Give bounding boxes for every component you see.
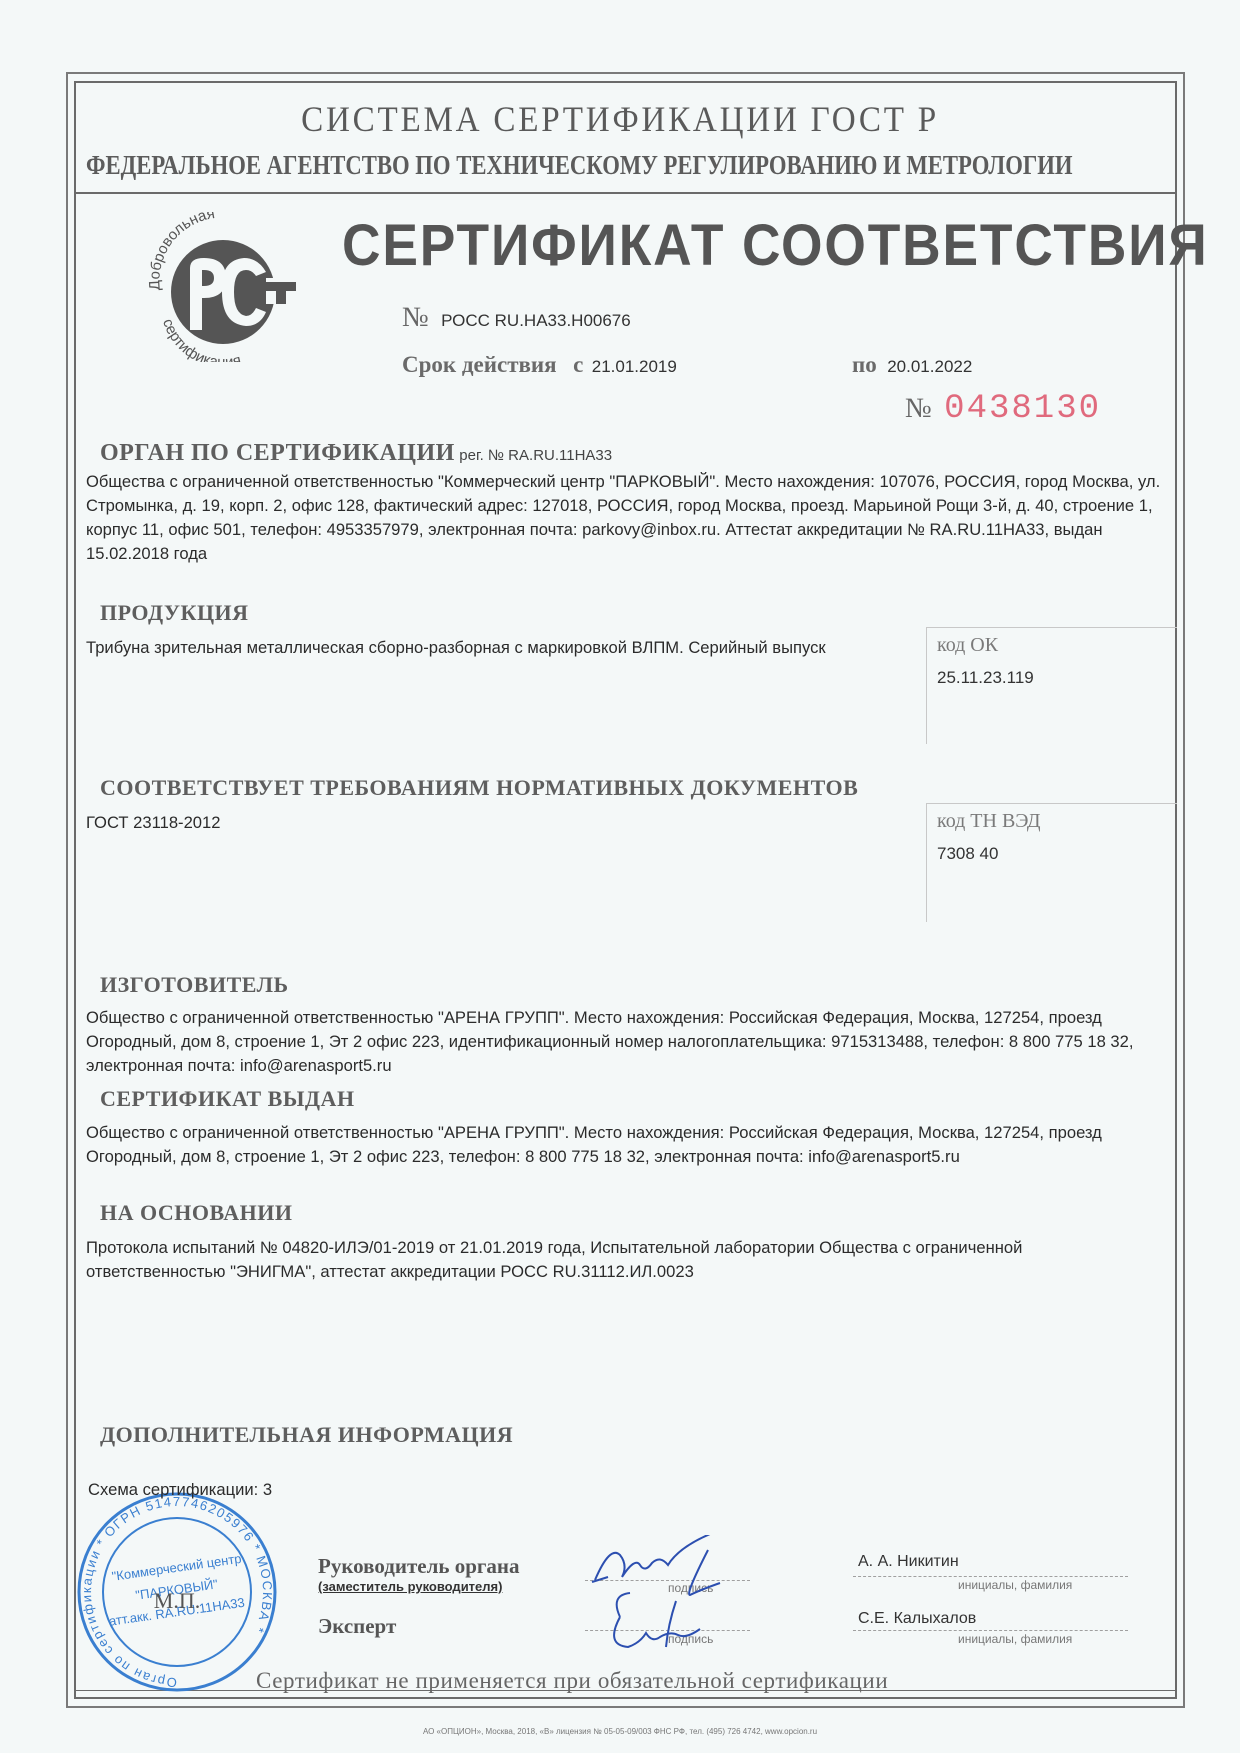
validity-to: по 20.01.2022: [852, 352, 972, 378]
certificate-number-row: № РОСС RU.НА33.Н00676: [402, 302, 631, 334]
head-sub-label: (заместитель руководителя): [318, 1579, 520, 1594]
expert-label: Эксперт: [318, 1614, 396, 1639]
expert-name-line: [853, 1630, 1128, 1631]
validity-label: Срок действия: [402, 352, 557, 377]
conformity-heading: СООТВЕТСТВУЕТ ТРЕБОВАНИЯМ НОРМАТИВНЫХ ДО…: [100, 775, 858, 801]
basis-text: Протокола испытаний № 04820-ИЛЭ/01-2019 …: [86, 1236, 1166, 1284]
basis-heading: НА ОСНОВАНИИ: [100, 1200, 293, 1226]
issued-to-text: Общество с ограниченной ответственностью…: [86, 1121, 1146, 1169]
agency-name: ФЕДЕРАЛЬНОЕ АГЕНТСТВО ПО ТЕХНИЧЕСКОМУ РЕ…: [86, 150, 1073, 181]
header-divider: [74, 192, 1177, 194]
expert-name-caption: инициалы, фамилия: [958, 1632, 1072, 1646]
manufacturer-heading: ИЗГОТОВИТЕЛЬ: [100, 972, 289, 998]
additional-info-text: Схема сертификации: 3: [88, 1478, 272, 1502]
validity-row: Срок действия с 21.01.2019: [402, 352, 677, 378]
blank-number: 0438130: [944, 390, 1101, 428]
tnved-code-box: код ТН ВЭД 7308 40: [926, 803, 1177, 922]
head-signatory-label-block: Руководитель органа (заместитель руковод…: [318, 1554, 520, 1594]
number-sign: №: [402, 302, 429, 333]
tnved-code-label: код ТН ВЭД: [937, 810, 1040, 833]
seal-place-label: М.П.: [154, 1588, 200, 1613]
blank-number-row: № 0438130: [905, 390, 1101, 428]
certificate-number: РОСС RU.НА33.Н00676: [441, 311, 631, 330]
certification-body-reg: рег. № RA.RU.11НА33: [459, 447, 612, 464]
manufacturer-text: Общество с ограниченной ответственностью…: [86, 1006, 1146, 1078]
certification-body-heading: ОРГАН ПО СЕРТИФИКАЦИИ: [100, 440, 455, 466]
head-name-line: [853, 1576, 1128, 1577]
tnved-code-value: 7308 40: [937, 844, 998, 864]
validity-to-date: 20.01.2022: [887, 357, 972, 376]
document-title: СЕРТИФИКАТ СООТВЕТСТВИЯ: [342, 212, 1209, 279]
expert-name: С.Е. Калыхалов: [858, 1610, 976, 1628]
signature-scribbles-icon: [590, 1535, 780, 1655]
validity-from-label: с: [573, 352, 583, 377]
issued-to-heading: СЕРТИФИКАТ ВЫДАН: [100, 1086, 355, 1112]
additional-info-heading: ДОПОЛНИТЕЛЬНАЯ ИНФОРМАЦИЯ: [100, 1422, 513, 1448]
system-title: СИСТЕМА СЕРТИФИКАЦИИ ГОСТ Р: [50, 98, 1191, 140]
product-text: Трибуна зрительная металлическая сборно-…: [86, 636, 866, 660]
organization-stamp-icon: Орган по сертификации * ОГРН 51477462059…: [72, 1488, 282, 1693]
certification-body-heading-row: ОРГАН ПО СЕРТИФИКАЦИИ рег. № RA.RU.11НА3…: [100, 440, 612, 467]
okpd-code-box: код ОК 25.11.23.119: [926, 627, 1177, 744]
product-heading: ПРОДУКЦИЯ: [100, 600, 249, 626]
okpd-code-label: код ОК: [937, 634, 998, 657]
rst-logo-icon: Добровольная сертификация: [148, 212, 298, 362]
conformity-text: ГОСТ 23118-2012: [86, 811, 221, 835]
head-label: Руководитель органа: [318, 1554, 520, 1579]
stamp-line-1: "Коммерческий центр: [111, 1551, 243, 1584]
blank-number-sign: №: [905, 393, 932, 424]
head-name-caption: инициалы, фамилия: [958, 1578, 1072, 1592]
footer-note: Сертификат не применяется при обязательн…: [256, 1668, 888, 1694]
okpd-code-value: 25.11.23.119: [937, 668, 1034, 688]
printer-imprint: АО «ОПЦИОН», Москва, 2018, «В» лицензия …: [0, 1727, 1240, 1736]
head-name: А. А. Никитин: [858, 1553, 959, 1571]
validity-from-date: 21.01.2019: [592, 357, 677, 376]
validity-to-label: по: [852, 352, 877, 377]
certification-body-text: Общества с ограниченной ответственностью…: [86, 470, 1166, 566]
